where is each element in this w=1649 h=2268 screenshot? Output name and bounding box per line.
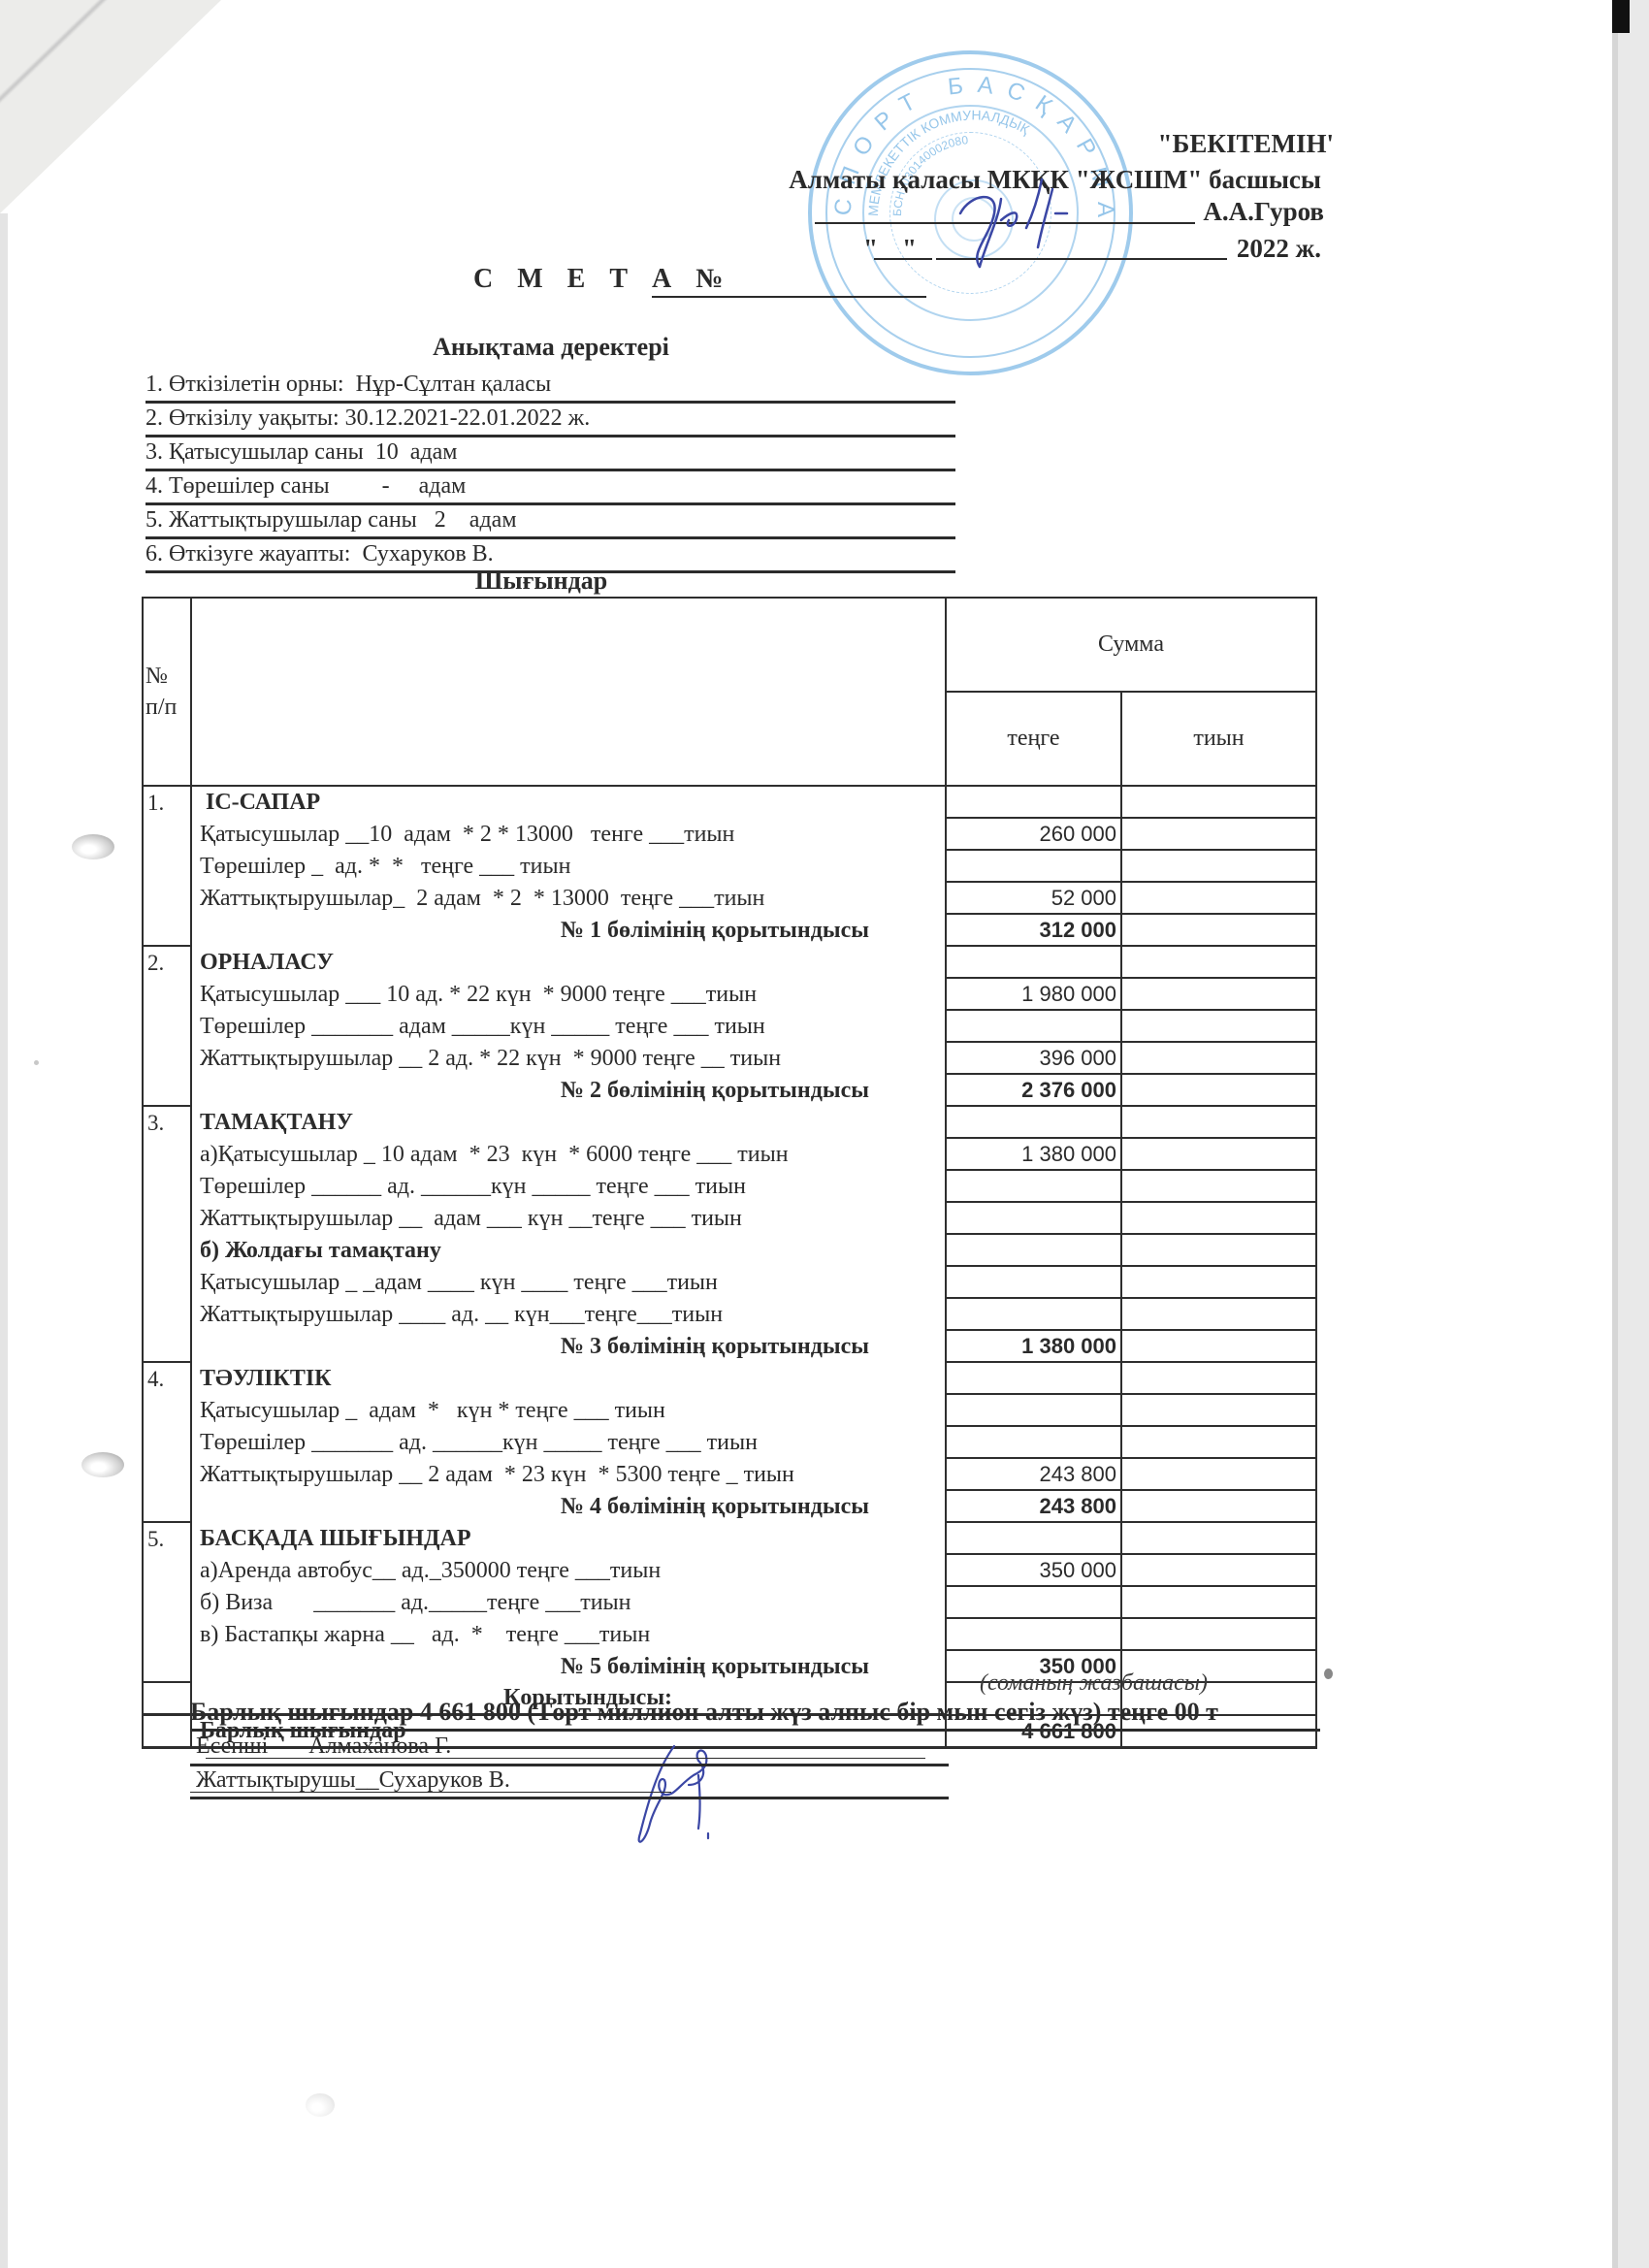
coach-signature-icon — [621, 1736, 737, 1853]
item-tiyn — [1121, 1170, 1316, 1202]
punch-hole-faint-icon — [306, 2093, 335, 2117]
subtotal-tiyn — [1121, 914, 1316, 946]
tiyn-cell — [1121, 1522, 1316, 1554]
item-tenge — [946, 1298, 1121, 1330]
info-coaches: 5. Жаттықтырушылар саны 2 адам — [145, 503, 955, 539]
item-tenge — [946, 1426, 1121, 1458]
director-signature-icon — [941, 160, 1077, 286]
item-tiyn — [1121, 1586, 1316, 1618]
item-tenge — [946, 850, 1121, 882]
reference-heading: Анықтама деректері — [0, 333, 1102, 362]
table-header-row: №п/п Сумма — [143, 598, 1316, 692]
section-subtotal-row: № 2 бөлімінің қорытындысы2 376 000 — [143, 1074, 1316, 1106]
item-tenge: 396 000 — [946, 1042, 1121, 1074]
section-title-row: 2.ОРНАЛАСУ — [143, 946, 1316, 978]
item-description: Жаттықтырушылар_ 2 адам * 2 * 13000 теңг… — [191, 882, 946, 914]
item-tenge: 243 800 — [946, 1458, 1121, 1490]
tiyn-cell — [1121, 786, 1316, 818]
item-tiyn — [1121, 1266, 1316, 1298]
scanner-black-corner — [1612, 0, 1630, 33]
accountant-underline-thin — [206, 1758, 925, 1759]
item-tiyn — [1121, 1138, 1316, 1170]
item-tenge — [946, 1202, 1121, 1234]
scanner-edge-shadow — [1612, 0, 1618, 2268]
punch-hole-icon — [81, 1452, 124, 1477]
item-description: Жаттықтырушылар ____ ад. __ күн___теңге_… — [191, 1298, 946, 1330]
subtotal-tiyn — [1121, 1490, 1316, 1522]
document-title: С М Е Т А № — [473, 264, 731, 295]
tenge-cell — [946, 1522, 1121, 1554]
table-row: Қатысушылар ___ 10 ад. * 22 күн * 9000 т… — [143, 978, 1316, 1010]
item-tiyn — [1121, 1202, 1316, 1234]
item-description: Төрешілер _______ адам _____күн _____ те… — [191, 1010, 946, 1042]
item-description: Төрешілер _______ ад. ______күн _____ те… — [191, 1426, 946, 1458]
table-row: Жаттықтырушылар __ 2 ад. * 22 күн * 9000… — [143, 1042, 1316, 1074]
item-description: Төрешілер ______ ад. ______күн _____ тең… — [191, 1170, 946, 1202]
ink-spot — [34, 1060, 39, 1065]
item-tenge: 350 000 — [946, 1554, 1121, 1586]
table-row: Қатысушылар __10 адам * 2 * 13000 тенге … — [143, 818, 1316, 850]
section-title-row: 3.ТАМАҚТАНУ — [143, 1106, 1316, 1138]
table-row: Төрешілер _ ад. * * теңге ___ тиын — [143, 850, 1316, 882]
info-participants: 3. Қатысушылар саны 10 адам — [145, 436, 955, 471]
page-left-edge — [0, 213, 8, 2268]
tenge-cell — [946, 946, 1121, 978]
info-venue: 1. Өткізілетін орны: Нұр-Сұлтан қаласы — [145, 368, 955, 404]
section-subtotal-row: № 4 бөлімінің қорытындысы243 800 — [143, 1490, 1316, 1522]
item-tenge — [946, 1234, 1121, 1266]
coach-underline-thin — [190, 1792, 671, 1793]
grand-total-number-cell — [143, 1715, 191, 1748]
table-row: в) Бастапқы жарна __ ад. * теңге ___тиын — [143, 1618, 1316, 1650]
item-tenge — [946, 1170, 1121, 1202]
subtotal-label: № 1 бөлімінің қорытындысы — [191, 914, 946, 946]
column-tenge-header: теңге — [946, 692, 1121, 786]
table-row: Қатысушылар _ _адам ____ күн ____ теңге … — [143, 1266, 1316, 1298]
subtotal-label: № 4 бөлімінің қорытындысы — [191, 1490, 946, 1522]
subtotal-tenge: 312 000 — [946, 914, 1121, 946]
item-tenge — [946, 1266, 1121, 1298]
punch-hole-icon — [72, 834, 114, 859]
item-description: Жаттықтырушылар __ 2 адам * 23 күн * 530… — [191, 1458, 946, 1490]
section-number: 2. — [143, 946, 191, 1106]
section-title: ІС-САПАР — [191, 786, 946, 818]
item-tenge — [946, 1586, 1121, 1618]
item-description: б) Жолдағы тамақтану — [191, 1234, 946, 1266]
column-tiyn-header: тиын — [1121, 692, 1316, 786]
item-tiyn — [1121, 1394, 1316, 1426]
accountant-line — [190, 1764, 949, 1766]
table-row: б) Жолдағы тамақтану — [143, 1234, 1316, 1266]
date-close-quote: " — [902, 234, 917, 264]
subtotal-label: № 3 бөлімінің қорытындысы — [191, 1330, 946, 1362]
coach-signature-line: Жаттықтырушы__Сухаруков В. — [190, 1767, 510, 1794]
table-row: а)Қатысушылар _ 10 адам * 23 күн * 6000 … — [143, 1138, 1316, 1170]
item-description: Қатысушылар _ адам * күн * теңге ___ тиы… — [191, 1394, 946, 1426]
item-tenge — [946, 1010, 1121, 1042]
item-description: Жаттықтырушылар __ адам ___ күн __теңге … — [191, 1202, 946, 1234]
summary-number-cell — [143, 1682, 191, 1715]
subtotal-tenge: 2 376 000 — [946, 1074, 1121, 1106]
item-tiyn — [1121, 1042, 1316, 1074]
item-tiyn — [1121, 1458, 1316, 1490]
section-subtotal-row: № 3 бөлімінің қорытындысы1 380 000 — [143, 1330, 1316, 1362]
section-title: ТӘУЛІКТІК — [191, 1362, 946, 1394]
ink-spot — [1324, 1669, 1333, 1679]
item-tiyn — [1121, 1554, 1316, 1586]
section-subtotal-row: № 1 бөлімінің қорытындысы312 000 — [143, 914, 1316, 946]
info-dates: 2. Өткізілу уақыты: 30.12.2021-22.01.202… — [145, 402, 955, 437]
item-tiyn — [1121, 818, 1316, 850]
section-title-row: 4.ТӘУЛІКТІК — [143, 1362, 1316, 1394]
table-row: а)Аренда автобус__ ад._350000 теңге ___т… — [143, 1554, 1316, 1586]
coach-line — [190, 1797, 949, 1799]
subtotal-label: № 5 бөлімінің қорытындысы — [191, 1650, 946, 1682]
item-description: Қатысушылар ___ 10 ад. * 22 күн * 9000 т… — [191, 978, 946, 1010]
item-tiyn — [1121, 1234, 1316, 1266]
accountant-signature-line: Есепші Алмаханова Г. — [190, 1733, 451, 1760]
item-tiyn — [1121, 1298, 1316, 1330]
approval-signatory: А.А.Гуров — [1203, 197, 1324, 227]
item-tiyn — [1121, 1010, 1316, 1042]
item-tenge: 1 380 000 — [946, 1138, 1121, 1170]
subtotal-tenge: 1 380 000 — [946, 1330, 1121, 1362]
table-row: Жаттықтырушылар __ 2 адам * 23 күн * 530… — [143, 1458, 1316, 1490]
item-description: б) Виза _______ ад._____теңге ___тиын — [191, 1586, 946, 1618]
table-row: Төрешілер ______ ад. ______күн _____ тең… — [143, 1170, 1316, 1202]
item-description: а)Қатысушылар _ 10 адам * 23 күн * 6000 … — [191, 1138, 946, 1170]
section-number: 5. — [143, 1522, 191, 1682]
estimate-table: №п/п Сумма теңге тиын 1.ІС-САПАРҚатысушы… — [142, 597, 1317, 1749]
amount-in-words-note: (соманың жазбашасы) — [980, 1670, 1208, 1697]
section-title: ТАМАҚТАНУ — [191, 1106, 946, 1138]
section-title-row: 1.ІС-САПАР — [143, 786, 1316, 818]
item-description: Қатысушылар _ _адам ____ күн ____ теңге … — [191, 1266, 946, 1298]
tenge-cell — [946, 786, 1121, 818]
tenge-cell — [946, 1106, 1121, 1138]
subtotal-tiyn — [1121, 1330, 1316, 1362]
section-number: 1. — [143, 786, 191, 946]
expenses-heading: Шығындар — [0, 567, 1083, 596]
item-description: в) Бастапқы жарна __ ад. * теңге ___тиын — [191, 1618, 946, 1650]
tiyn-cell — [1121, 1106, 1316, 1138]
approval-year: 2022 ж. — [1237, 234, 1321, 264]
total-in-words-line — [190, 1729, 1320, 1732]
item-tenge — [946, 1394, 1121, 1426]
column-sum-header: Сумма — [946, 598, 1316, 692]
item-description: Қатысушылар __10 адам * 2 * 13000 тенге … — [191, 818, 946, 850]
tenge-cell — [946, 1362, 1121, 1394]
tiyn-cell — [1121, 1362, 1316, 1394]
table-row: Жаттықтырушылар ____ ад. __ күн___теңге_… — [143, 1298, 1316, 1330]
column-number-header: №п/п — [143, 598, 191, 786]
section-title-row: 5.БАСҚАДА ШЫҒЫНДАР — [143, 1522, 1316, 1554]
item-tiyn — [1121, 1618, 1316, 1650]
item-description: а)Аренда автобус__ ад._350000 теңге ___т… — [191, 1554, 946, 1586]
document-number-line — [652, 296, 926, 298]
item-tenge — [946, 1618, 1121, 1650]
column-description-header — [191, 598, 946, 786]
table-row: Төрешілер _______ ад. ______күн _____ те… — [143, 1426, 1316, 1458]
item-tenge: 260 000 — [946, 818, 1121, 850]
item-tenge: 52 000 — [946, 882, 1121, 914]
subtotal-tenge: 243 800 — [946, 1490, 1121, 1522]
table-row: Жаттықтырушылар_ 2 адам * 2 * 13000 теңг… — [143, 882, 1316, 914]
folded-corner — [0, 0, 221, 213]
item-tiyn — [1121, 850, 1316, 882]
subtotal-label: № 2 бөлімінің қорытындысы — [191, 1074, 946, 1106]
table-row: Төрешілер _______ адам _____күн _____ те… — [143, 1010, 1316, 1042]
item-tiyn — [1121, 1426, 1316, 1458]
table-row: б) Виза _______ ад._____теңге ___тиын — [143, 1586, 1316, 1618]
section-title: ОРНАЛАСУ — [191, 946, 946, 978]
item-tenge: 1 980 000 — [946, 978, 1121, 1010]
table-row: Жаттықтырушылар __ адам ___ күн __теңге … — [143, 1202, 1316, 1234]
item-tiyn — [1121, 882, 1316, 914]
subtotal-tiyn — [1121, 1074, 1316, 1106]
tiyn-cell — [1121, 946, 1316, 978]
item-tiyn — [1121, 978, 1316, 1010]
section-number: 3. — [143, 1106, 191, 1362]
item-description: Төрешілер _ ад. * * теңге ___ тиын — [191, 850, 946, 882]
table-row: Қатысушылар _ адам * күн * теңге ___ тиы… — [143, 1394, 1316, 1426]
section-number: 4. — [143, 1362, 191, 1522]
item-description: Жаттықтырушылар __ 2 ад. * 22 күн * 9000… — [191, 1042, 946, 1074]
info-referees: 4. Төрешілер саны - адам — [145, 470, 955, 505]
total-in-words: Барлық шығындар 4 661 800 (Төрт миллион … — [190, 1698, 1218, 1727]
section-title: БАСҚАДА ШЫҒЫНДАР — [191, 1522, 946, 1554]
approval-title: "БЕКІТЕМІН' — [1158, 129, 1334, 159]
